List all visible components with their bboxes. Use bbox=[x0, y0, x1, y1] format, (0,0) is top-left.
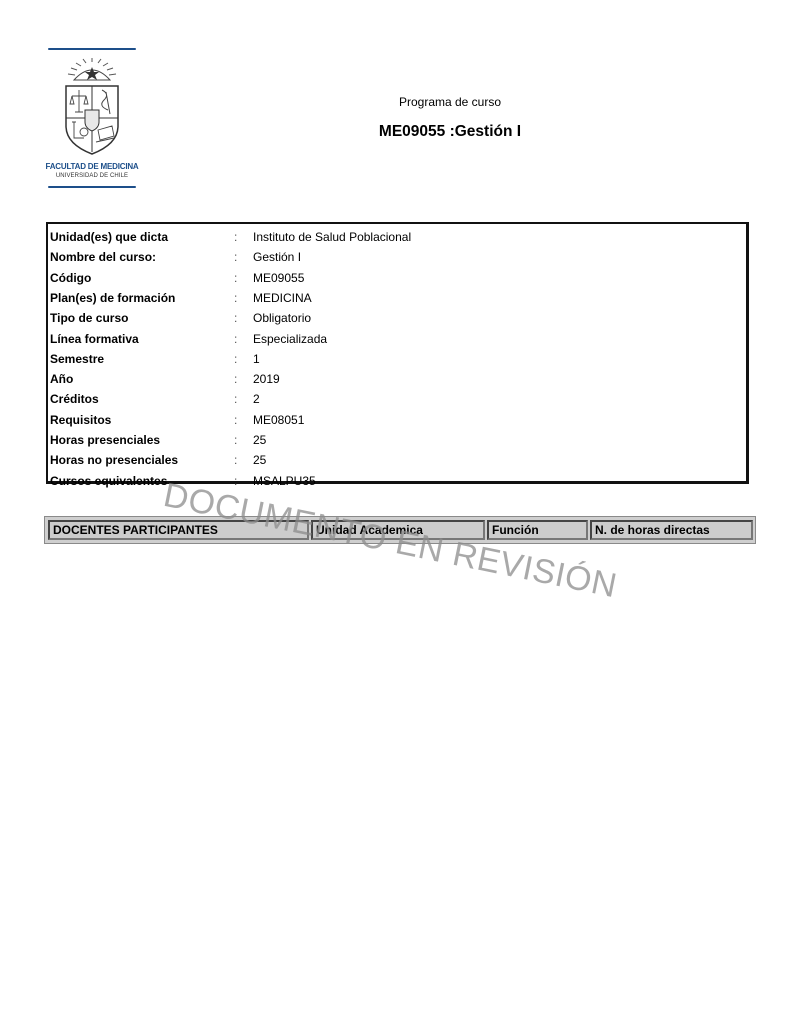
info-separator: : bbox=[234, 268, 237, 288]
info-value: MEDICINA bbox=[253, 288, 312, 308]
info-separator: : bbox=[234, 247, 237, 267]
info-separator: : bbox=[234, 227, 237, 247]
info-value: ME08051 bbox=[253, 410, 304, 430]
info-value: 2019 bbox=[253, 369, 280, 389]
info-value: ME09055 bbox=[253, 268, 304, 288]
info-label: Unidad(es) que dicta bbox=[50, 227, 168, 247]
column-header-funcion: Función bbox=[487, 520, 588, 540]
info-label: Cursos equivalentes bbox=[50, 471, 167, 491]
info-separator: : bbox=[234, 329, 237, 349]
info-separator: : bbox=[234, 410, 237, 430]
info-label: Horas no presenciales bbox=[50, 450, 178, 470]
info-separator: : bbox=[234, 389, 237, 409]
coat-of-arms-icon bbox=[62, 58, 122, 158]
info-separator: : bbox=[234, 288, 237, 308]
info-value: 2 bbox=[253, 389, 260, 409]
info-separator: : bbox=[234, 349, 237, 369]
info-label: Código bbox=[50, 268, 91, 288]
info-value: 25 bbox=[253, 430, 266, 450]
university-name: UNIVERSIDAD DE CHILE bbox=[44, 173, 140, 179]
course-title: ME09055 :Gestión I bbox=[300, 123, 600, 141]
faculty-logo: FACULTAD DE MEDICINA UNIVERSIDAD DE CHIL… bbox=[44, 46, 140, 190]
docentes-table: DOCENTES PARTICIPANTES Unidad Academica … bbox=[44, 516, 756, 544]
info-label: Requisitos bbox=[50, 410, 111, 430]
document-subtitle: Programa de curso bbox=[300, 95, 600, 109]
column-header-horas-directas: N. de horas directas bbox=[590, 520, 753, 540]
info-separator: : bbox=[234, 471, 237, 491]
info-separator: : bbox=[234, 430, 237, 450]
info-label: Plan(es) de formación bbox=[50, 288, 175, 308]
info-value: Obligatorio bbox=[253, 308, 311, 328]
info-separator: : bbox=[234, 450, 237, 470]
course-info-box: Unidad(es) que dicta:Instituto de Salud … bbox=[46, 222, 749, 484]
info-value: 1 bbox=[253, 349, 260, 369]
info-value: Especializada bbox=[253, 329, 327, 349]
info-label: Tipo de curso bbox=[50, 308, 128, 328]
faculty-name: FACULTAD DE MEDICINA bbox=[44, 162, 140, 171]
info-label: Semestre bbox=[50, 349, 104, 369]
info-separator: : bbox=[234, 369, 237, 389]
info-label: Horas presenciales bbox=[50, 430, 160, 450]
info-separator: : bbox=[234, 308, 237, 328]
info-value: Gestión I bbox=[253, 247, 301, 267]
column-header-unidad-academica: Unidad Academica bbox=[311, 520, 485, 540]
logo-bottom-bar bbox=[48, 186, 136, 188]
info-label: Créditos bbox=[50, 389, 99, 409]
info-value: Instituto de Salud Poblacional bbox=[253, 227, 411, 247]
info-label: Línea formativa bbox=[50, 329, 139, 349]
info-label: Nombre del curso: bbox=[50, 247, 156, 267]
column-header-docentes: DOCENTES PARTICIPANTES bbox=[48, 520, 309, 540]
logo-top-bar bbox=[48, 48, 136, 50]
info-label: Año bbox=[50, 369, 73, 389]
info-value: 25 bbox=[253, 450, 266, 470]
info-value: MSALPU35 bbox=[253, 471, 316, 491]
